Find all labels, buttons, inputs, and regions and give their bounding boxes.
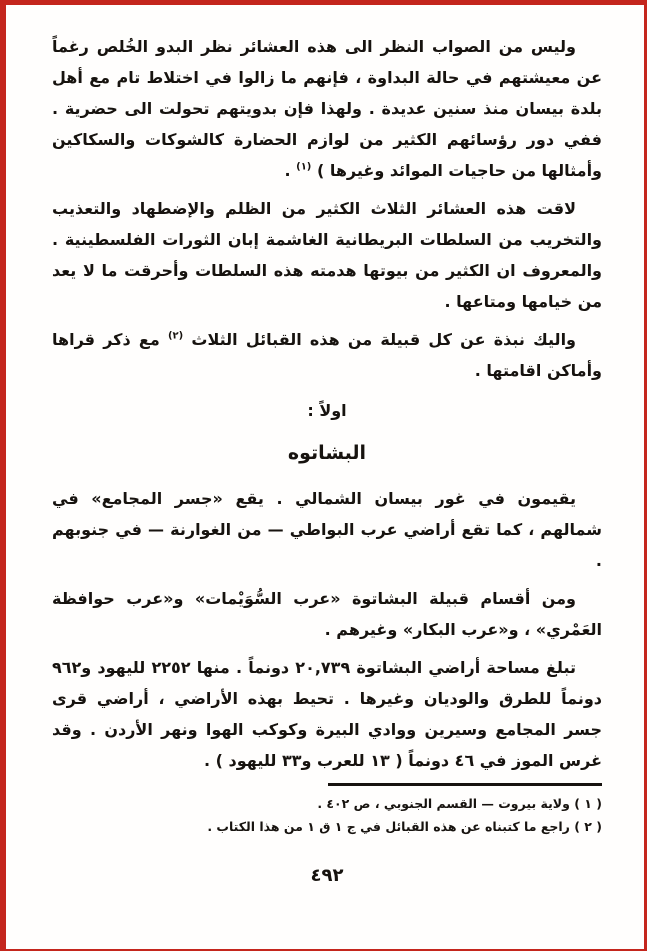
paragraph-land-area: تبلغ مساحة أراضي البشاتوة ٢٠,٧٣٩ دونماً … xyxy=(52,652,602,776)
paragraph-tribe-divisions: ومن أقسام قبيلة البشاتوة «عرب السُّوَيْم… xyxy=(52,583,602,645)
page-content: وليس من الصواب النظر الى هذه العشائر نظر… xyxy=(6,5,644,891)
footnote-2: ( ٢ ) راجع ما كتبناه عن هذه القبائل في ج… xyxy=(52,815,602,838)
footnote-1: ( ١ ) ولاية بيروت — القسم الجنوبي ، ص ٤٠… xyxy=(52,792,602,815)
footnote-separator xyxy=(328,783,602,786)
page-number: ٤٩٢ xyxy=(52,860,602,891)
paragraph-1-text: وليس من الصواب النظر الى هذه العشائر نظر… xyxy=(52,37,602,180)
paragraph-oppression: لاقت هذه العشائر الثلاث الكثير من الظلم … xyxy=(52,193,602,317)
paragraph-location: يقيمون في غور بيسان الشمالي . يقع «جسر ا… xyxy=(52,483,602,576)
paragraph-3-text: واليك نبذة عن كل قبيلة من هذه القبائل ال… xyxy=(183,330,576,349)
footnote-ref-1: (١) xyxy=(296,162,311,173)
paragraph-1-tail: . xyxy=(284,161,296,180)
ordinal-label: اولاً : xyxy=(52,395,602,426)
footnote-area: ( ١ ) ولاية بيروت — القسم الجنوبي ، ص ٤٠… xyxy=(52,783,602,838)
paragraph-bedouin-lifestyle: وليس من الصواب النظر الى هذه العشائر نظر… xyxy=(52,31,602,186)
paragraph-tribes-intro: واليك نبذة عن كل قبيلة من هذه القبائل ال… xyxy=(52,324,602,386)
footnote-ref-2: (٢) xyxy=(168,331,183,342)
book-page: وليس من الصواب النظر الى هذه العشائر نظر… xyxy=(0,0,647,951)
section-heading-bashatwa: البشاتوه xyxy=(52,438,602,469)
